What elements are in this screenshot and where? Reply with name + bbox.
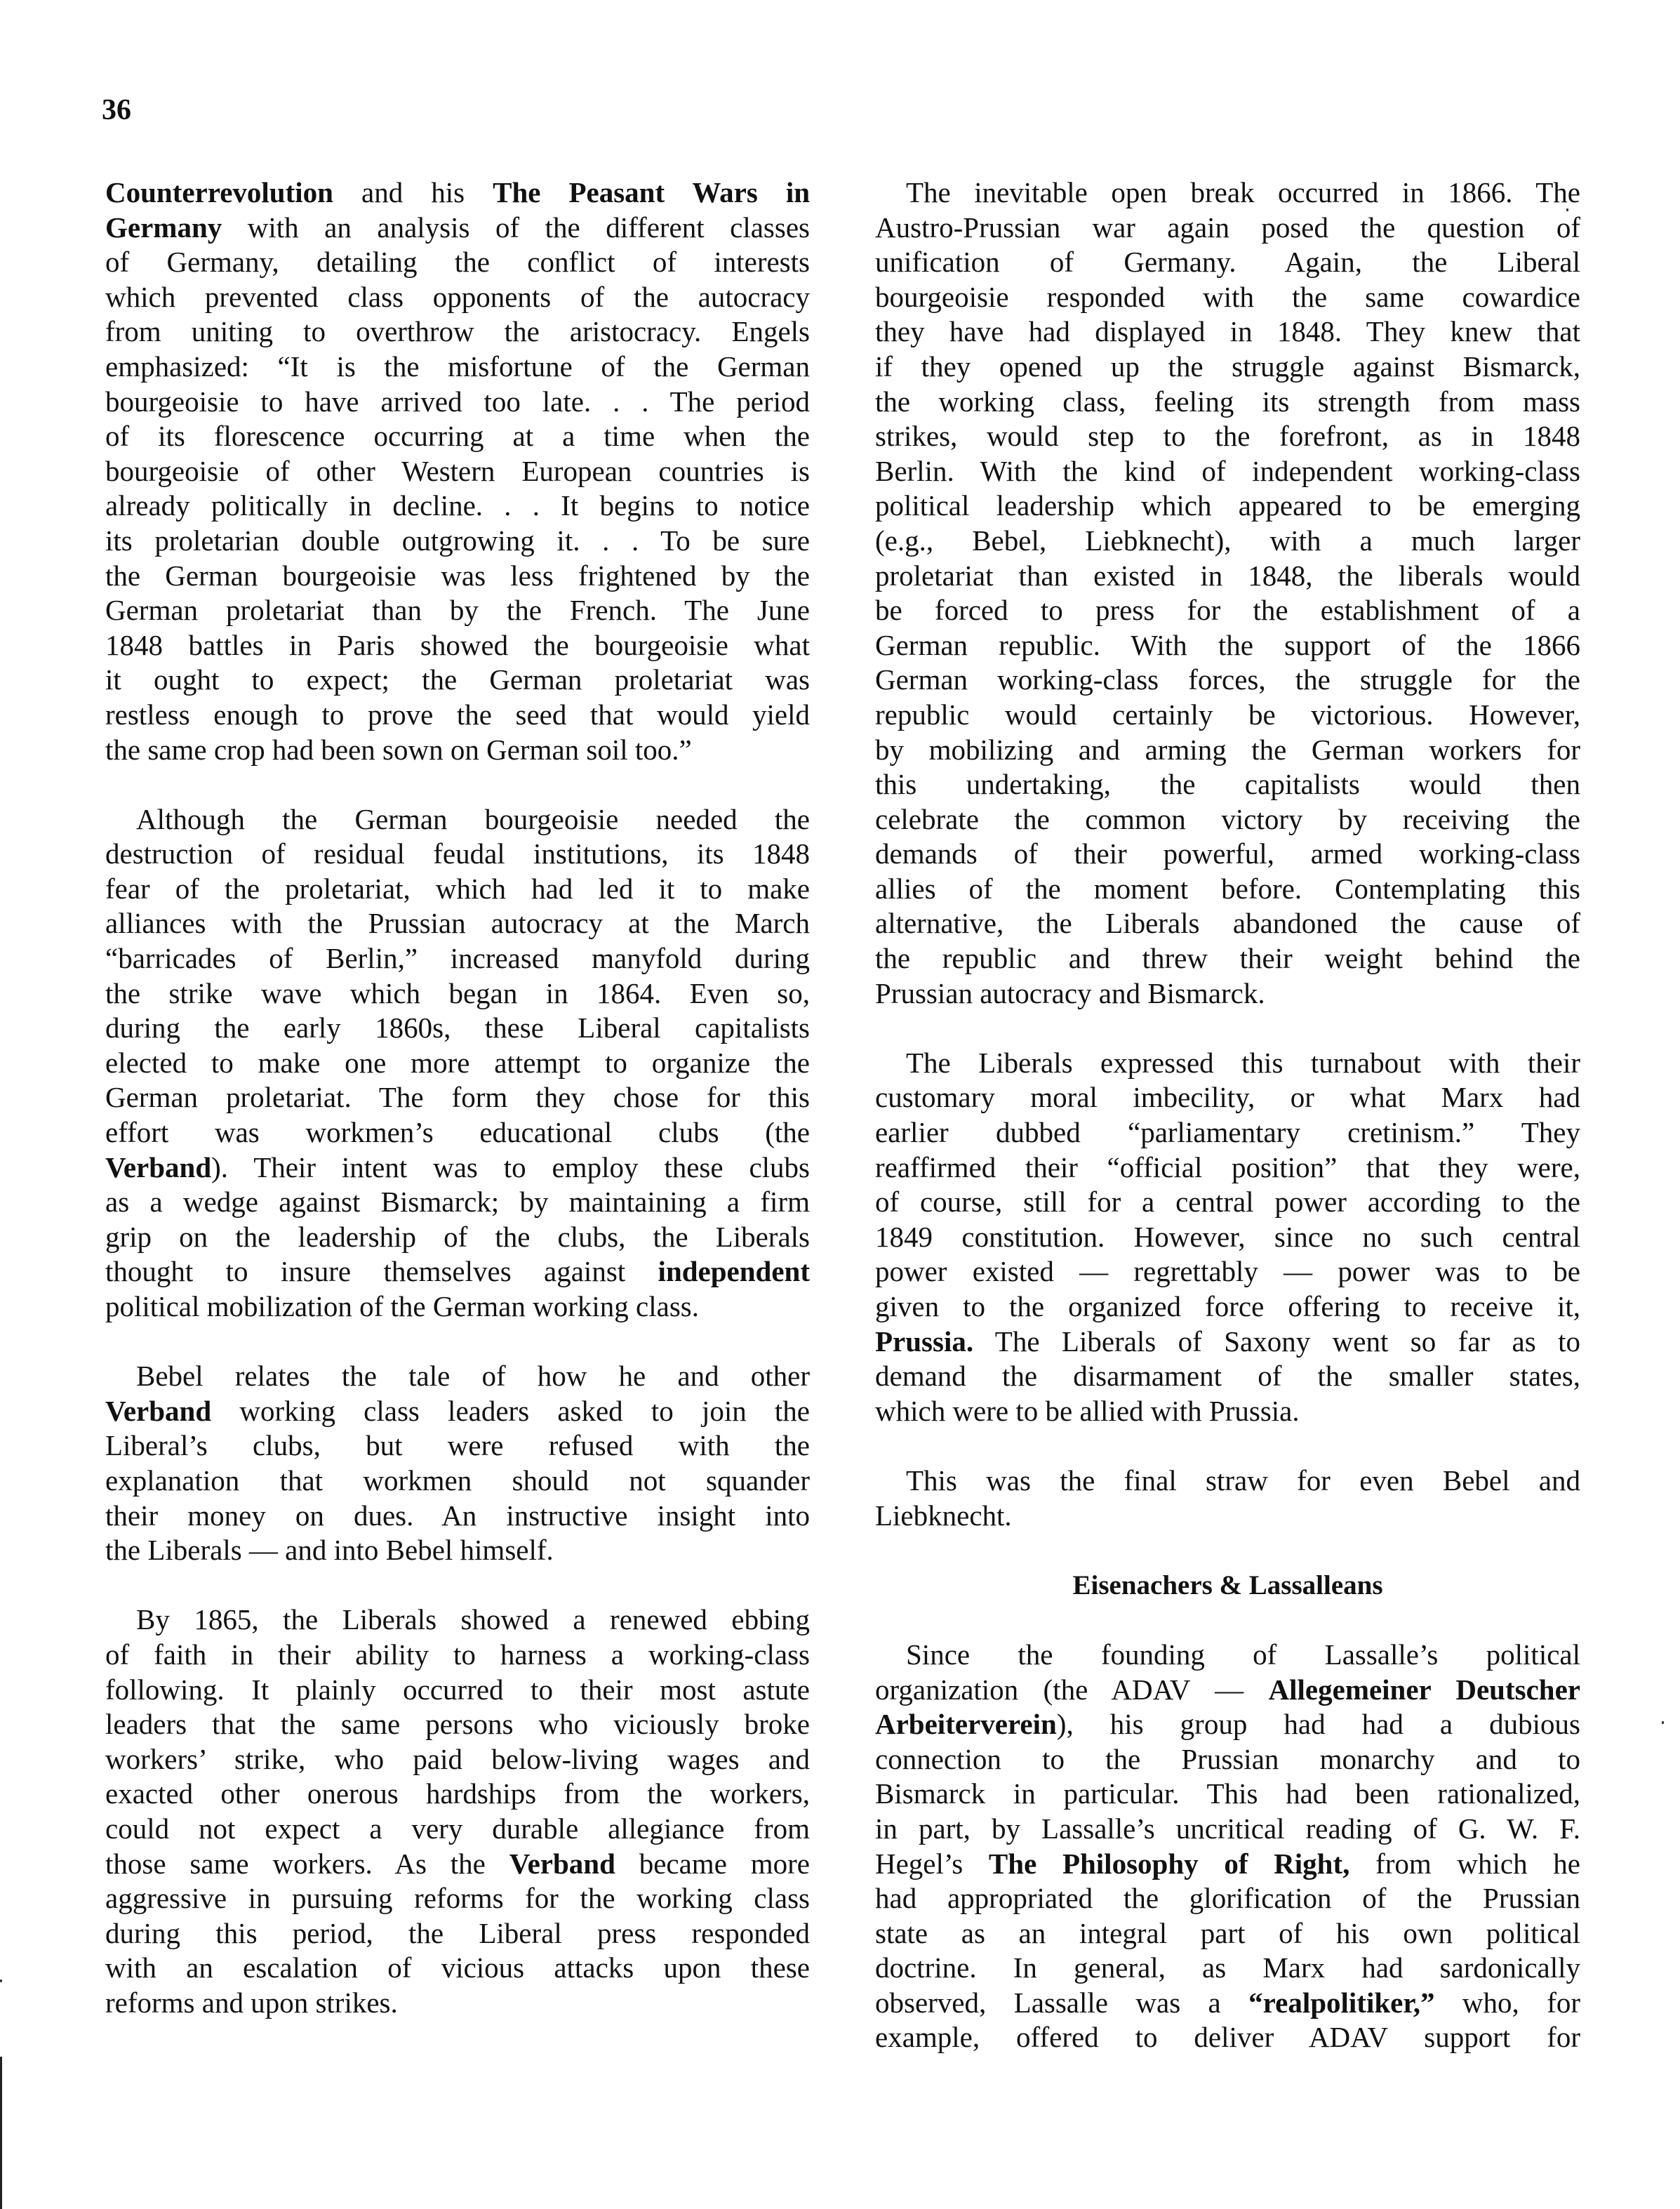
text-line: alternative, the Liberals abandoned the … xyxy=(875,906,1580,941)
paragraph: By 1865, the Liberals showed a renewed e… xyxy=(105,1603,810,2020)
bold-text: The Peasant Wars in xyxy=(493,176,810,208)
text-line: doctrine. In general, as Marx had sardon… xyxy=(875,1951,1580,1986)
text-line: of its florescence occurring at a time w… xyxy=(105,419,810,454)
text-run: 1849 constitution. However, since no suc… xyxy=(875,1221,1580,1253)
text-line: political mobilization of the German wor… xyxy=(105,1289,810,1325)
paragraph: Since the founding of Lassalle’s politic… xyxy=(875,1638,1580,2055)
text-line: its proletarian double outgrowing it. . … xyxy=(105,524,810,559)
text-line: proletariat than existed in 1848, the li… xyxy=(875,559,1580,594)
text-line: the strike wave which began in 1864. Eve… xyxy=(105,976,810,1011)
scan-speck xyxy=(1566,208,1568,211)
text-run: bourgeoisie responded with the same cowa… xyxy=(875,281,1580,313)
text-line: Prussian autocracy and Bismarck. xyxy=(875,976,1580,1011)
text-run: who, for xyxy=(1435,1986,1580,2019)
text-line: “barricades of Berlin,” increased manyfo… xyxy=(105,941,810,976)
text-run: political leadership which appeared to b… xyxy=(875,489,1580,522)
text-run: alliances with the Prussian autocracy at… xyxy=(105,907,810,939)
bold-text: The Philosophy of Right, xyxy=(989,1848,1349,1880)
text-line: of course, still for a central power acc… xyxy=(875,1185,1580,1220)
text-line: exacted other onerous hardships from the… xyxy=(105,1777,810,1812)
text-line: Germany with an analysis of the differen… xyxy=(105,211,810,246)
scan-edge-artifact xyxy=(0,2057,2,2209)
text-run: explanation that workmen should not squa… xyxy=(105,1464,810,1497)
text-run: effort was workmen’s educational clubs (… xyxy=(105,1116,810,1148)
text-line: Arbeiterverein), his group had had a dub… xyxy=(875,1707,1580,1742)
text-line: This was the final straw for even Bebel … xyxy=(875,1464,1580,1499)
text-run: strikes, would step to the forefront, as… xyxy=(875,420,1580,452)
text-line: with an escalation of vicious attacks up… xyxy=(105,1951,810,1986)
text-run: in part, by Lassalle’s uncritical readin… xyxy=(875,1812,1580,1845)
text-line: 1848 battles in Paris showed the bourgeo… xyxy=(105,628,810,663)
text-run: celebrate the common victory by receivin… xyxy=(875,803,1580,835)
text-run: had appropriated the glorification of th… xyxy=(875,1882,1580,1914)
text-run: republic would certainly be victorious. … xyxy=(875,698,1580,731)
text-run: The inevitable open break occurred in 18… xyxy=(906,176,1580,208)
right-column: The inevitable open break occurred in 18… xyxy=(875,175,1580,2055)
text-line: German republic. With the support of the… xyxy=(875,628,1580,663)
text-line: during the early 1860s, these Liberal ca… xyxy=(105,1011,810,1046)
text-run: the strike wave which began in 1864. Eve… xyxy=(105,977,810,1009)
text-line: be forced to press for the establishment… xyxy=(875,593,1580,628)
text-run: customary moral imbecility, or what Marx… xyxy=(875,1081,1580,1113)
text-line: this undertaking, the capitalists would … xyxy=(875,767,1580,802)
paragraph-gap xyxy=(105,1568,810,1603)
paragraph: Bebel relates the tale of how he and oth… xyxy=(105,1359,810,1568)
scan-speck xyxy=(1662,1721,1664,1724)
text-run: demands of their powerful, armed working… xyxy=(875,837,1580,870)
text-line: Liebknecht. xyxy=(875,1499,1580,1534)
text-run: German proletariat than by the French. T… xyxy=(105,594,810,626)
text-line: Verband working class leaders asked to j… xyxy=(105,1394,810,1429)
text-run: Bebel relates the tale of how he and oth… xyxy=(136,1360,810,1392)
text-line: it ought to expect; the German proletari… xyxy=(105,663,810,698)
text-run: example, offered to deliver ADAV support… xyxy=(875,2021,1580,2053)
text-run: bourgeoisie to have arrived too late. . … xyxy=(105,385,810,418)
text-run: from uniting to overthrow the aristocrac… xyxy=(105,315,810,347)
text-run: emphasized: “It is the misfortune of the… xyxy=(105,350,810,383)
text-run: which were to be allied with Prussia. xyxy=(875,1395,1300,1427)
paragraph-gap xyxy=(875,1603,1580,1638)
text-run: the German bourgeoisie was less frighten… xyxy=(105,559,810,592)
text-line: reforms and upon strikes. xyxy=(105,1986,810,2021)
text-line: state as an integral part of his own pol… xyxy=(875,1916,1580,1951)
text-line: organization (the ADAV — Allegemeiner De… xyxy=(875,1673,1580,1708)
text-run: Hegel’s xyxy=(875,1848,989,1880)
text-run: the Liberals — and into Bebel himself. xyxy=(105,1534,554,1566)
text-line: given to the organized force offering to… xyxy=(875,1289,1580,1325)
text-line: Bebel relates the tale of how he and oth… xyxy=(105,1359,810,1394)
text-line: which were to be allied with Prussia. xyxy=(875,1394,1580,1429)
text-run: workers’ strike, who paid below-living w… xyxy=(105,1743,810,1775)
text-line: during this period, the Liberal press re… xyxy=(105,1916,810,1951)
text-run: during this period, the Liberal press re… xyxy=(105,1917,810,1949)
text-run: during the early 1860s, these Liberal ca… xyxy=(105,1011,810,1044)
text-run: ). Their intent was to employ these club… xyxy=(211,1151,810,1183)
text-line: restless enough to prove the seed that w… xyxy=(105,698,810,733)
page-number: 36 xyxy=(102,95,131,125)
bold-text: Prussia. xyxy=(875,1325,973,1358)
text-run: German working-class forces, the struggl… xyxy=(875,663,1580,696)
text-line: By 1865, the Liberals showed a renewed e… xyxy=(105,1603,810,1638)
text-run: By 1865, the Liberals showed a renewed e… xyxy=(136,1603,810,1636)
paragraph: The Liberals expressed this turnabout wi… xyxy=(875,1046,1580,1429)
text-run: and his xyxy=(333,176,493,208)
text-run: became more xyxy=(615,1848,810,1880)
bold-text: Germany xyxy=(105,211,222,244)
bold-text: Verband xyxy=(105,1151,211,1183)
text-line: German working-class forces, the struggl… xyxy=(875,663,1580,698)
text-line: the republic and threw their weight behi… xyxy=(875,941,1580,976)
text-line: the same crop had been sown on German so… xyxy=(105,733,810,768)
text-run: unification of Germany. Again, the Liber… xyxy=(875,246,1580,278)
text-run: of its florescence occurring at a time w… xyxy=(105,420,810,452)
text-line: celebrate the common victory by receivin… xyxy=(875,802,1580,837)
text-line: of faith in their ability to harness a w… xyxy=(105,1638,810,1673)
text-line: which prevented class opponents of the a… xyxy=(105,280,810,315)
text-run: political mobilization of the German wor… xyxy=(105,1290,699,1322)
text-run: Liebknecht. xyxy=(875,1499,1012,1532)
text-run: earlier dubbed “parliamentary cretinism.… xyxy=(875,1116,1580,1148)
paragraph-gap xyxy=(875,1428,1580,1464)
text-run: reaffirmed their “official position” tha… xyxy=(875,1151,1580,1183)
text-run: following. It plainly occurred to their … xyxy=(105,1673,810,1706)
text-line: elected to make one more attempt to orga… xyxy=(105,1046,810,1081)
text-run: The Liberals of Saxony went so far as to xyxy=(973,1325,1580,1358)
text-run: of course, still for a central power acc… xyxy=(875,1186,1580,1218)
text-line: as a wedge against Bismarck; by maintain… xyxy=(105,1185,810,1220)
text-line: alliances with the Prussian autocracy at… xyxy=(105,906,810,941)
text-run: already politically in decline. . . It b… xyxy=(105,489,810,522)
text-line: effort was workmen’s educational clubs (… xyxy=(105,1115,810,1150)
text-line: if they opened up the struggle against B… xyxy=(875,350,1580,385)
text-line: aggressive in pursuing reforms for the w… xyxy=(105,1881,810,1916)
text-line: the German bourgeoisie was less frighten… xyxy=(105,559,810,594)
text-line: the Liberals — and into Bebel himself. xyxy=(105,1533,810,1568)
text-line: 1849 constitution. However, since no suc… xyxy=(875,1220,1580,1255)
text-line: power existed — regrettably — power was … xyxy=(875,1254,1580,1289)
text-line: leaders that the same persons who viciou… xyxy=(105,1707,810,1742)
text-line: grip on the leadership of the clubs, the… xyxy=(105,1220,810,1255)
text-run: power existed — regrettably — power was … xyxy=(875,1255,1580,1287)
text-line: bourgeoisie to have arrived too late. . … xyxy=(105,385,810,420)
text-line: reaffirmed their “official position” tha… xyxy=(875,1150,1580,1186)
text-run: reforms and upon strikes. xyxy=(105,1986,398,2019)
text-run: working class leaders asked to join the xyxy=(211,1395,810,1427)
text-run: the republic and threw their weight behi… xyxy=(875,942,1580,974)
text-line: could not expect a very durable allegian… xyxy=(105,1812,810,1847)
paragraph: The inevitable open break occurred in 18… xyxy=(875,175,1580,1011)
bold-text: Verband xyxy=(105,1395,211,1427)
text-run: Austro-Prussian war again posed the ques… xyxy=(875,211,1580,244)
text-run: if they opened up the struggle against B… xyxy=(875,350,1580,383)
text-line: had appropriated the glorification of th… xyxy=(875,1881,1580,1916)
text-run: Bismarck in particular. This had been ra… xyxy=(875,1777,1580,1810)
text-line: Counterrevolution and his The Peasant Wa… xyxy=(105,175,810,211)
text-run: doctrine. In general, as Marx had sardon… xyxy=(875,1951,1580,1984)
text-line: from uniting to overthrow the aristocrac… xyxy=(105,314,810,350)
text-line: Austro-Prussian war again posed the ques… xyxy=(875,211,1580,246)
text-run: fear of the proletariat, which had led i… xyxy=(105,873,810,905)
text-line: earlier dubbed “parliamentary cretinism.… xyxy=(875,1115,1580,1150)
text-line: already politically in decline. . . It b… xyxy=(105,489,810,524)
bold-text: independent xyxy=(658,1255,810,1287)
text-line: Prussia. The Liberals of Saxony went so … xyxy=(875,1325,1580,1360)
bold-text: Allegemeiner Deutscher xyxy=(1269,1673,1580,1706)
text-line: destruction of residual feudal instituti… xyxy=(105,837,810,872)
text-line: by mobilizing and arming the German work… xyxy=(875,733,1580,768)
scan-speck xyxy=(0,1979,2,1982)
text-run: ), his group had had a dubious xyxy=(1057,1708,1580,1740)
text-run: from which he xyxy=(1349,1848,1580,1880)
text-line: allies of the moment before. Contemplati… xyxy=(875,872,1580,907)
text-line: example, offered to deliver ADAV support… xyxy=(875,2020,1580,2055)
text-run: allies of the moment before. Contemplati… xyxy=(875,873,1580,905)
text-line: bourgeoisie of other Western European co… xyxy=(105,454,810,489)
paragraph-gap xyxy=(875,1011,1580,1046)
text-run: Prussian autocracy and Bismarck. xyxy=(875,977,1265,1009)
text-line: Since the founding of Lassalle’s politic… xyxy=(875,1638,1580,1673)
text-line: emphasized: “It is the misfortune of the… xyxy=(105,350,810,385)
text-run: given to the organized force offering to… xyxy=(875,1290,1580,1322)
text-line: connection to the Prussian monarchy and … xyxy=(875,1742,1580,1777)
text-line: republic would certainly be victorious. … xyxy=(875,698,1580,733)
text-line: German proletariat than by the French. T… xyxy=(105,593,810,628)
text-line: bourgeoisie responded with the same cowa… xyxy=(875,280,1580,315)
text-line: The inevitable open break occurred in 18… xyxy=(875,175,1580,211)
text-run: which prevented class opponents of the a… xyxy=(105,281,810,313)
bold-text: Verband xyxy=(509,1848,615,1880)
text-line: workers’ strike, who paid below-living w… xyxy=(105,1742,810,1777)
text-run: by mobilizing and arming the German work… xyxy=(875,734,1580,766)
text-run: of Germany, detailing the conflict of in… xyxy=(105,246,810,278)
paragraph: Although the German bourgeoisie needed t… xyxy=(105,802,810,1325)
text-run: Berlin. With the kind of independent wor… xyxy=(875,455,1580,487)
text-run: (e.g., Bebel, Liebknecht), with a much l… xyxy=(875,524,1580,557)
text-run: Although the German bourgeoisie needed t… xyxy=(136,803,810,835)
text-line: (e.g., Bebel, Liebknecht), with a much l… xyxy=(875,524,1580,559)
paragraph: Counterrevolution and his The Peasant Wa… xyxy=(105,175,810,767)
text-line: they have had displayed in 1848. They kn… xyxy=(875,314,1580,350)
text-run: The Liberals expressed this turnabout wi… xyxy=(906,1047,1580,1079)
text-run: this undertaking, the capitalists would … xyxy=(875,768,1580,800)
text-line: customary moral imbecility, or what Marx… xyxy=(875,1080,1580,1115)
text-line: Bismarck in particular. This had been ra… xyxy=(875,1777,1580,1812)
text-line: Verband). Their intent was to employ the… xyxy=(105,1150,810,1186)
text-run: This was the final straw for even Bebel … xyxy=(906,1464,1580,1497)
text-run: could not expect a very durable allegian… xyxy=(105,1812,810,1845)
section-heading: Eisenachers & Lassalleans xyxy=(875,1568,1580,1603)
text-run: the same crop had been sown on German so… xyxy=(105,734,692,766)
text-run: “barricades of Berlin,” increased manyfo… xyxy=(105,942,810,974)
text-run: demand the disarmament of the smaller st… xyxy=(875,1360,1580,1392)
text-run: it ought to expect; the German proletari… xyxy=(105,663,810,696)
paragraph-gap xyxy=(105,767,810,802)
text-run: they have had displayed in 1848. They kn… xyxy=(875,315,1580,347)
text-run: Liberal’s clubs, but were refused with t… xyxy=(105,1429,810,1461)
text-run: destruction of residual feudal instituti… xyxy=(105,837,810,870)
left-column: Counterrevolution and his The Peasant Wa… xyxy=(105,175,810,2020)
text-line: in part, by Lassalle’s uncritical readin… xyxy=(875,1812,1580,1847)
text-line: the working class, feeling its strength … xyxy=(875,385,1580,420)
text-run: Since the founding of Lassalle’s politic… xyxy=(906,1638,1580,1671)
text-line: thought to insure themselves against ind… xyxy=(105,1254,810,1289)
text-line: their money on dues. An instructive insi… xyxy=(105,1499,810,1534)
text-run: bourgeoisie of other Western European co… xyxy=(105,455,810,487)
text-line: The Liberals expressed this turnabout wi… xyxy=(875,1046,1580,1081)
text-line: those same workers. As the Verband becam… xyxy=(105,1847,810,1882)
text-run: be forced to press for the establishment… xyxy=(875,594,1580,626)
text-run: grip on the leadership of the clubs, the… xyxy=(105,1221,810,1253)
text-line: German proletariat. The form they chose … xyxy=(105,1080,810,1115)
text-run: restless enough to prove the seed that w… xyxy=(105,698,810,731)
text-run: organization (the ADAV — xyxy=(875,1673,1269,1706)
text-run: aggressive in pursuing reforms for the w… xyxy=(105,1882,810,1914)
text-run: those same workers. As the xyxy=(105,1848,509,1880)
text-run: alternative, the Liberals abandoned the … xyxy=(875,907,1580,939)
text-run: with an escalation of vicious attacks up… xyxy=(105,1951,810,1984)
text-run: with an analysis of the different classe… xyxy=(222,211,810,244)
text-line: Although the German bourgeoisie needed t… xyxy=(105,802,810,837)
text-line: Hegel’s The Philosophy of Right, from wh… xyxy=(875,1847,1580,1882)
text-line: Liberal’s clubs, but were refused with t… xyxy=(105,1428,810,1464)
text-line: unification of Germany. Again, the Liber… xyxy=(875,245,1580,280)
text-run: observed, Lassalle was a xyxy=(875,1986,1248,2019)
text-run: proletariat than existed in 1848, the li… xyxy=(875,559,1580,592)
text-run: exacted other onerous hardships from the… xyxy=(105,1777,810,1810)
text-run: as a wedge against Bismarck; by maintain… xyxy=(105,1186,810,1218)
text-line: following. It plainly occurred to their … xyxy=(105,1673,810,1708)
text-run: thought to insure themselves against xyxy=(105,1255,658,1287)
text-line: strikes, would step to the forefront, as… xyxy=(875,419,1580,454)
paragraph-gap xyxy=(875,1533,1580,1568)
text-run: of faith in their ability to harness a w… xyxy=(105,1638,810,1671)
paragraph-gap xyxy=(105,1325,810,1360)
paragraph: This was the final straw for even Bebel … xyxy=(875,1464,1580,1533)
text-line: political leadership which appeared to b… xyxy=(875,489,1580,524)
text-run: the working class, feeling its strength … xyxy=(875,385,1580,418)
text-run: German proletariat. The form they chose … xyxy=(105,1081,810,1113)
text-run: leaders that the same persons who viciou… xyxy=(105,1708,810,1740)
text-line: of Germany, detailing the conflict of in… xyxy=(105,245,810,280)
text-run: elected to make one more attempt to orga… xyxy=(105,1047,810,1079)
text-run: their money on dues. An instructive insi… xyxy=(105,1499,810,1532)
text-run: its proletarian double outgrowing it. . … xyxy=(105,524,810,557)
text-run: German republic. With the support of the… xyxy=(875,629,1580,661)
text-line: explanation that workmen should not squa… xyxy=(105,1464,810,1499)
bold-text: “realpolitiker,” xyxy=(1248,1986,1434,2019)
text-line: observed, Lassalle was a “realpolitiker,… xyxy=(875,1986,1580,2021)
text-line: fear of the proletariat, which had led i… xyxy=(105,872,810,907)
text-line: demands of their powerful, armed working… xyxy=(875,837,1580,872)
bold-text: Counterrevolution xyxy=(105,176,333,208)
text-line: demand the disarmament of the smaller st… xyxy=(875,1359,1580,1394)
text-run: state as an integral part of his own pol… xyxy=(875,1917,1580,1949)
text-run: connection to the Prussian monarchy and … xyxy=(875,1743,1580,1775)
bold-text: Arbeiterverein xyxy=(875,1708,1057,1740)
text-run: 1848 battles in Paris showed the bourgeo… xyxy=(105,629,810,661)
text-line: Berlin. With the kind of independent wor… xyxy=(875,454,1580,489)
